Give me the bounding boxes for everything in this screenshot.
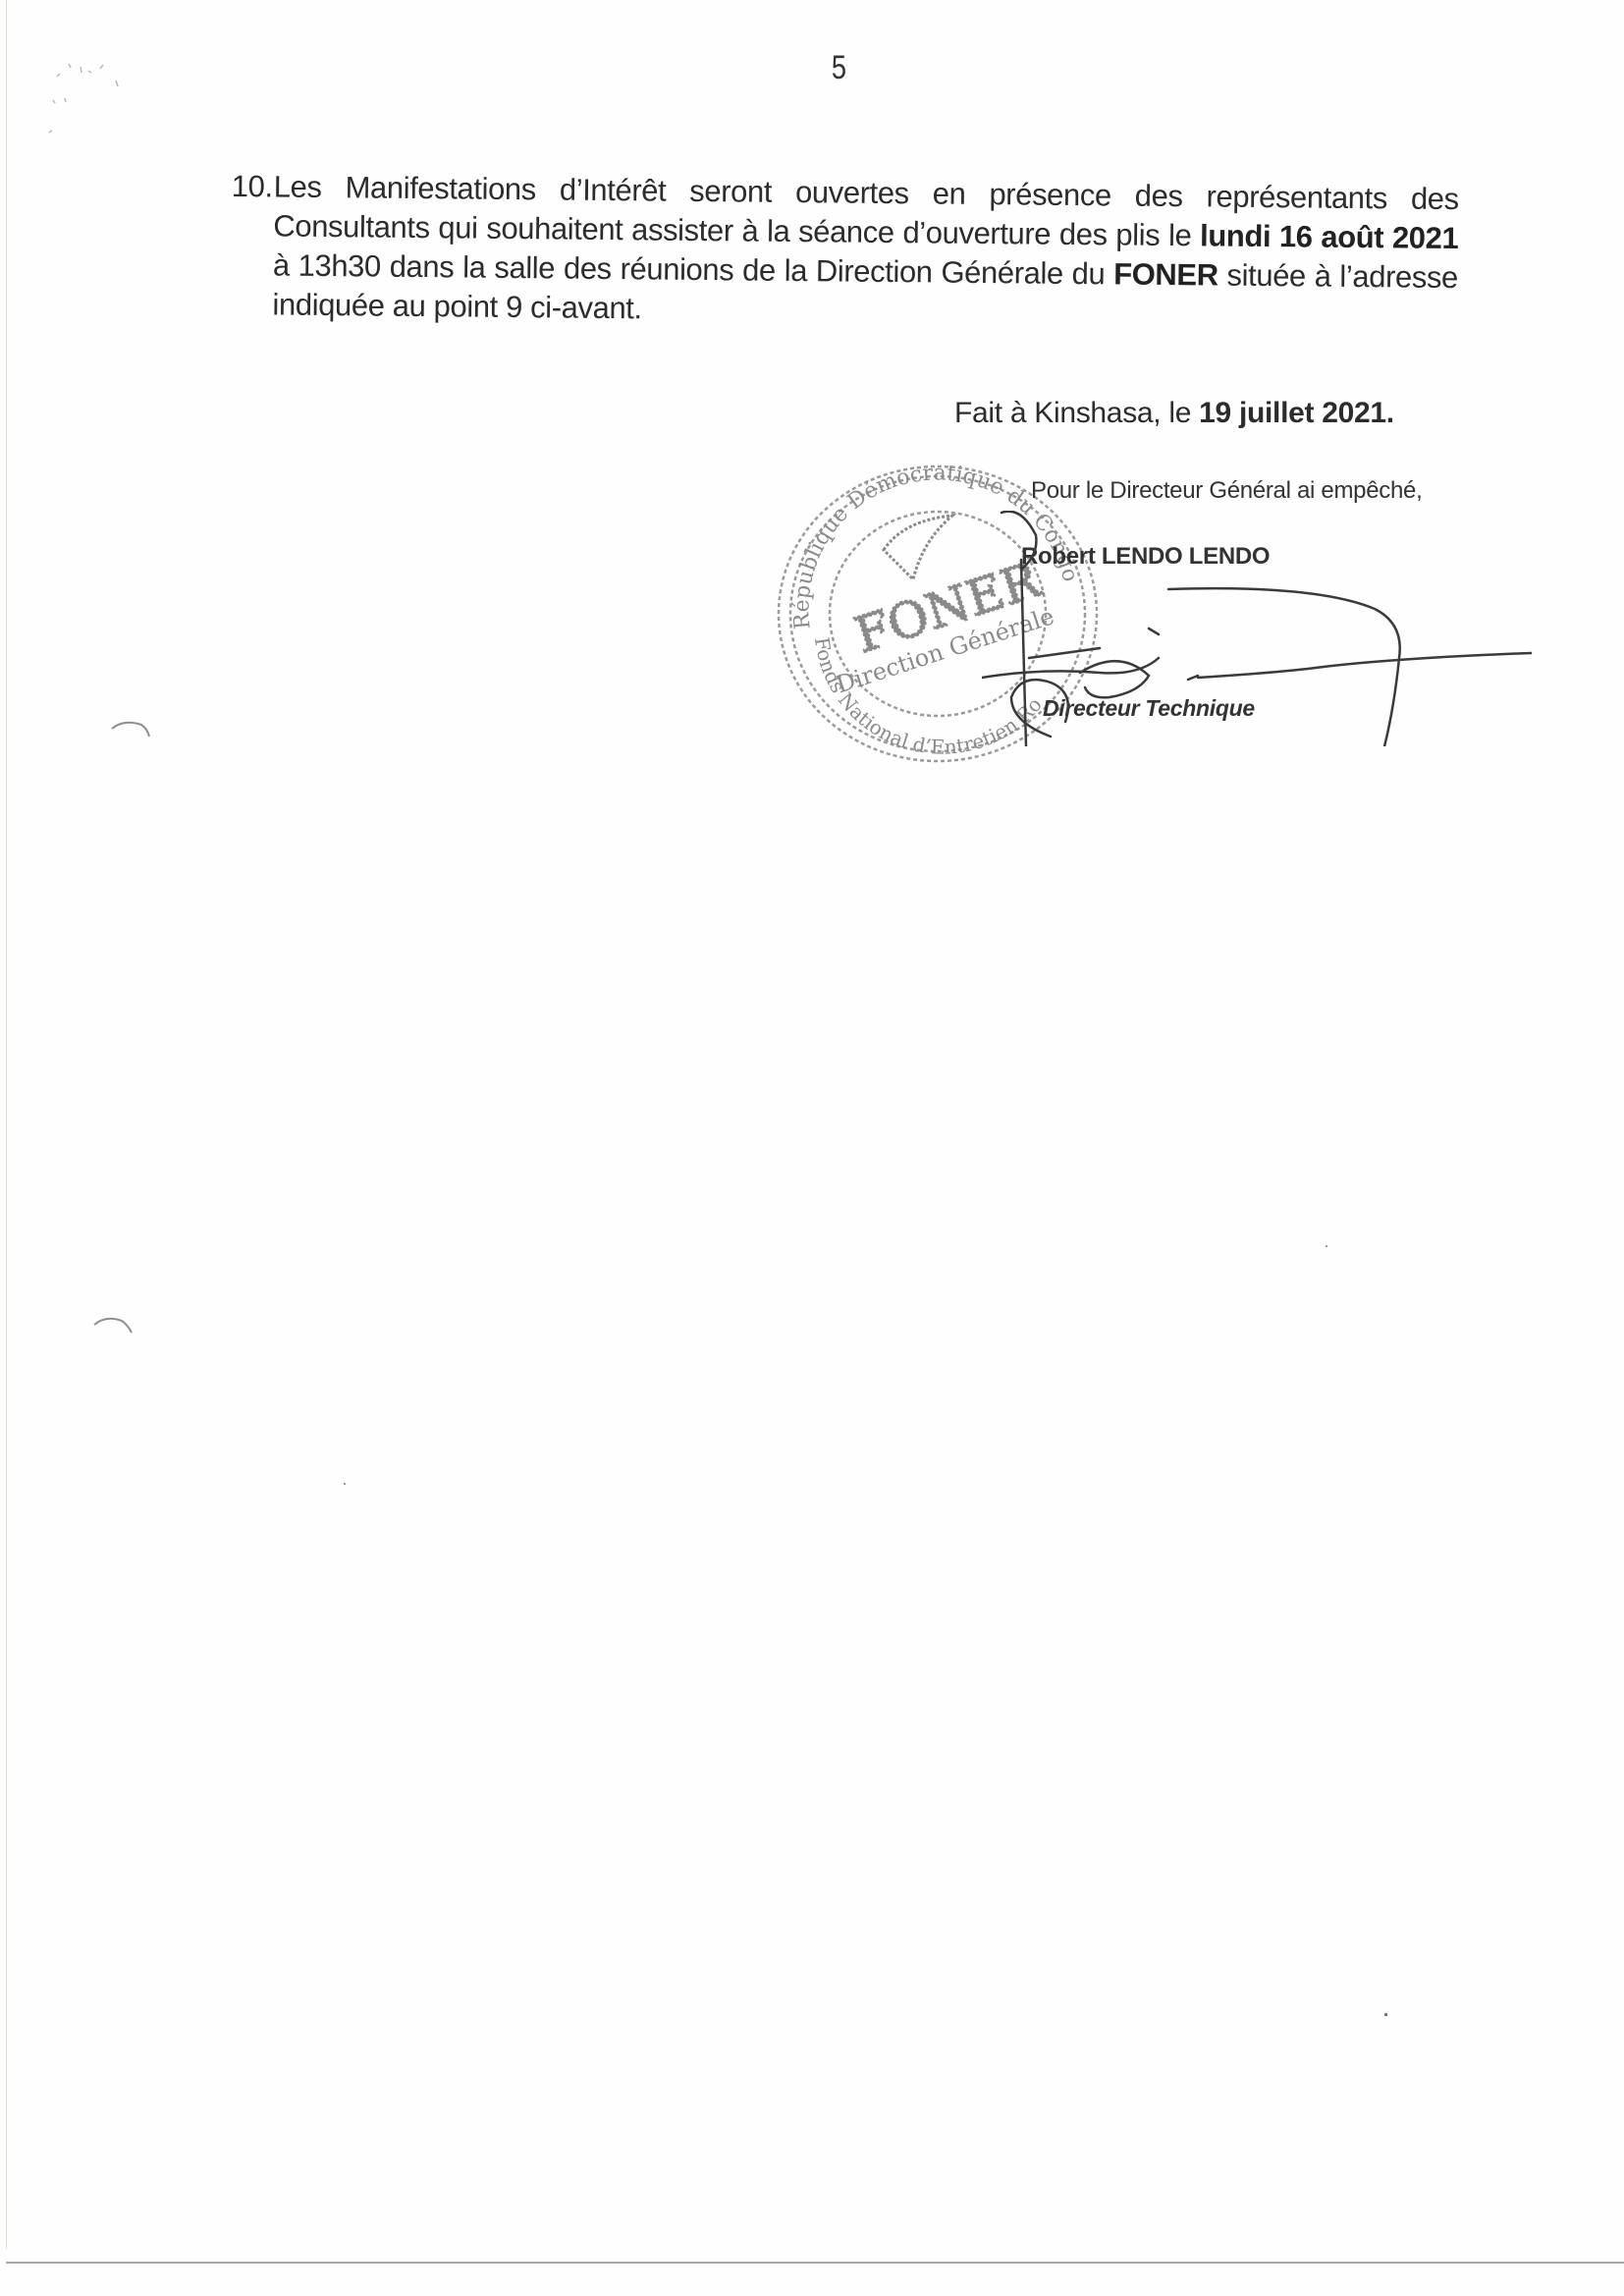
scan-mark-hole-2 — [90, 1311, 139, 1340]
org-name: FONER — [1113, 256, 1218, 292]
scan-left-edge — [6, 0, 7, 2249]
paragraph-10: 10. Les Manifestations d’Intérêt seront … — [230, 167, 1459, 337]
scan-noise-marks — [29, 29, 128, 147]
scan-dot — [1326, 1245, 1327, 1247]
paragraph-number: 10. — [232, 167, 273, 206]
scan-bottom-edge — [6, 2262, 1624, 2264]
line-3-suffix: située à l’adresse — [1226, 258, 1458, 295]
line-3-text: à 13h30 dans la salle des réunions de la… — [273, 247, 1106, 291]
document-page: 5 10. Les Manifestations d’Intérêt seron… — [0, 0, 1624, 2296]
place-prefix: Fait à Kinshasa, le — [954, 397, 1191, 429]
place-and-date: Fait à Kinshasa, le 19 juillet 2021. — [954, 397, 1394, 430]
page-number: 5 — [832, 49, 846, 87]
signature-icon — [982, 511, 1532, 746]
signature-title: Pour le Directeur Général ai empêché, — [1031, 477, 1422, 505]
line-2-text: Consultants qui souhaitent assister à la… — [273, 208, 1191, 252]
signing-date: 19 juillet 2021. — [1199, 397, 1394, 429]
opening-date: lundi 16 août 2021 — [1200, 218, 1459, 255]
scan-dot — [1384, 2013, 1387, 2016]
scan-mark-hole-1 — [108, 715, 157, 744]
scan-dot — [344, 1483, 346, 1485]
